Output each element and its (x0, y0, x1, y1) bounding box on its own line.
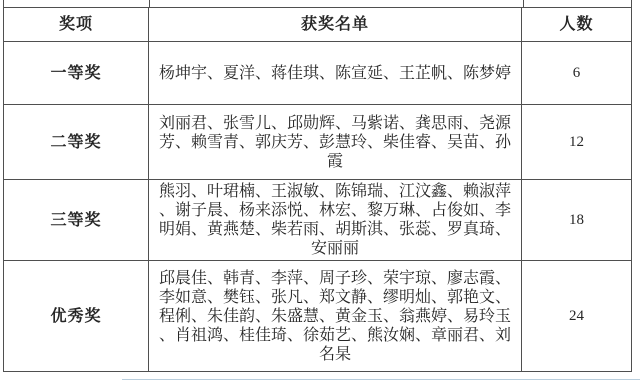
winners-text: 杨坤宇、夏洋、蒋佳琪、陈宣延、王芷帆、陈梦婷 (152, 64, 518, 83)
winners-text: 邱晨佳、韩青、李萍、周子珍、荣宇琼、廖志霞、李如意、樊钰、张凡、郑文静、缪明灿、… (152, 269, 518, 364)
count-third-prize: 18 (522, 180, 631, 261)
header-count-column: 人数 (522, 8, 631, 42)
cropped-next-row-top-border (122, 379, 640, 380)
winners-list-third-prize: 熊羽、叶珺楠、王淑敏、陈锦瑞、江汶鑫、赖淑萍、谢子晨、杨来添悦、林宏、黎万琳、占… (149, 180, 522, 261)
winners-list-second-prize: 刘丽君、张雪儿、邱勋辉、马紫诺、龚思雨、尧源芳、赖雪青、郭庆芳、彭慧玲、柴佳睿、… (149, 105, 522, 180)
count-second-prize: 12 (522, 105, 631, 180)
award-label-second-prize: 二等奖 (4, 105, 149, 180)
cropped-row-border-left (3, 0, 4, 7)
cropped-row-border-right (631, 0, 632, 7)
header-award-column: 奖项 (4, 8, 149, 42)
awards-table: 奖项 获奖名单 人数 一等奖 杨坤宇、夏洋、蒋佳琪、陈宣延、王芷帆、陈梦婷 6 … (3, 7, 632, 372)
award-label-excellence: 优秀奖 (4, 261, 149, 371)
winners-list-excellence: 邱晨佳、韩青、李萍、周子珍、荣宇琼、廖志霞、李如意、樊钰、张凡、郑文静、缪明灿、… (149, 261, 522, 371)
header-winners-column: 获奖名单 (149, 8, 522, 42)
cropped-row-border-col1 (149, 0, 150, 7)
winners-text: 刘丽君、张雪儿、邱勋辉、马紫诺、龚思雨、尧源芳、赖雪青、郭庆芳、彭慧玲、柴佳睿、… (152, 114, 518, 171)
winners-text: 熊羽、叶珺楠、王淑敏、陈锦瑞、江汶鑫、赖淑萍、谢子晨、杨来添悦、林宏、黎万琳、占… (152, 182, 518, 258)
cropped-row-border-col2 (523, 0, 524, 7)
count-excellence: 24 (522, 261, 631, 371)
award-label-third-prize: 三等奖 (4, 180, 149, 261)
count-first-prize: 6 (522, 42, 631, 105)
awards-table-screenshot: 奖项 获奖名单 人数 一等奖 杨坤宇、夏洋、蒋佳琪、陈宣延、王芷帆、陈梦婷 6 … (0, 0, 640, 381)
winners-list-first-prize: 杨坤宇、夏洋、蒋佳琪、陈宣延、王芷帆、陈梦婷 (149, 42, 522, 105)
award-label-first-prize: 一等奖 (4, 42, 149, 105)
